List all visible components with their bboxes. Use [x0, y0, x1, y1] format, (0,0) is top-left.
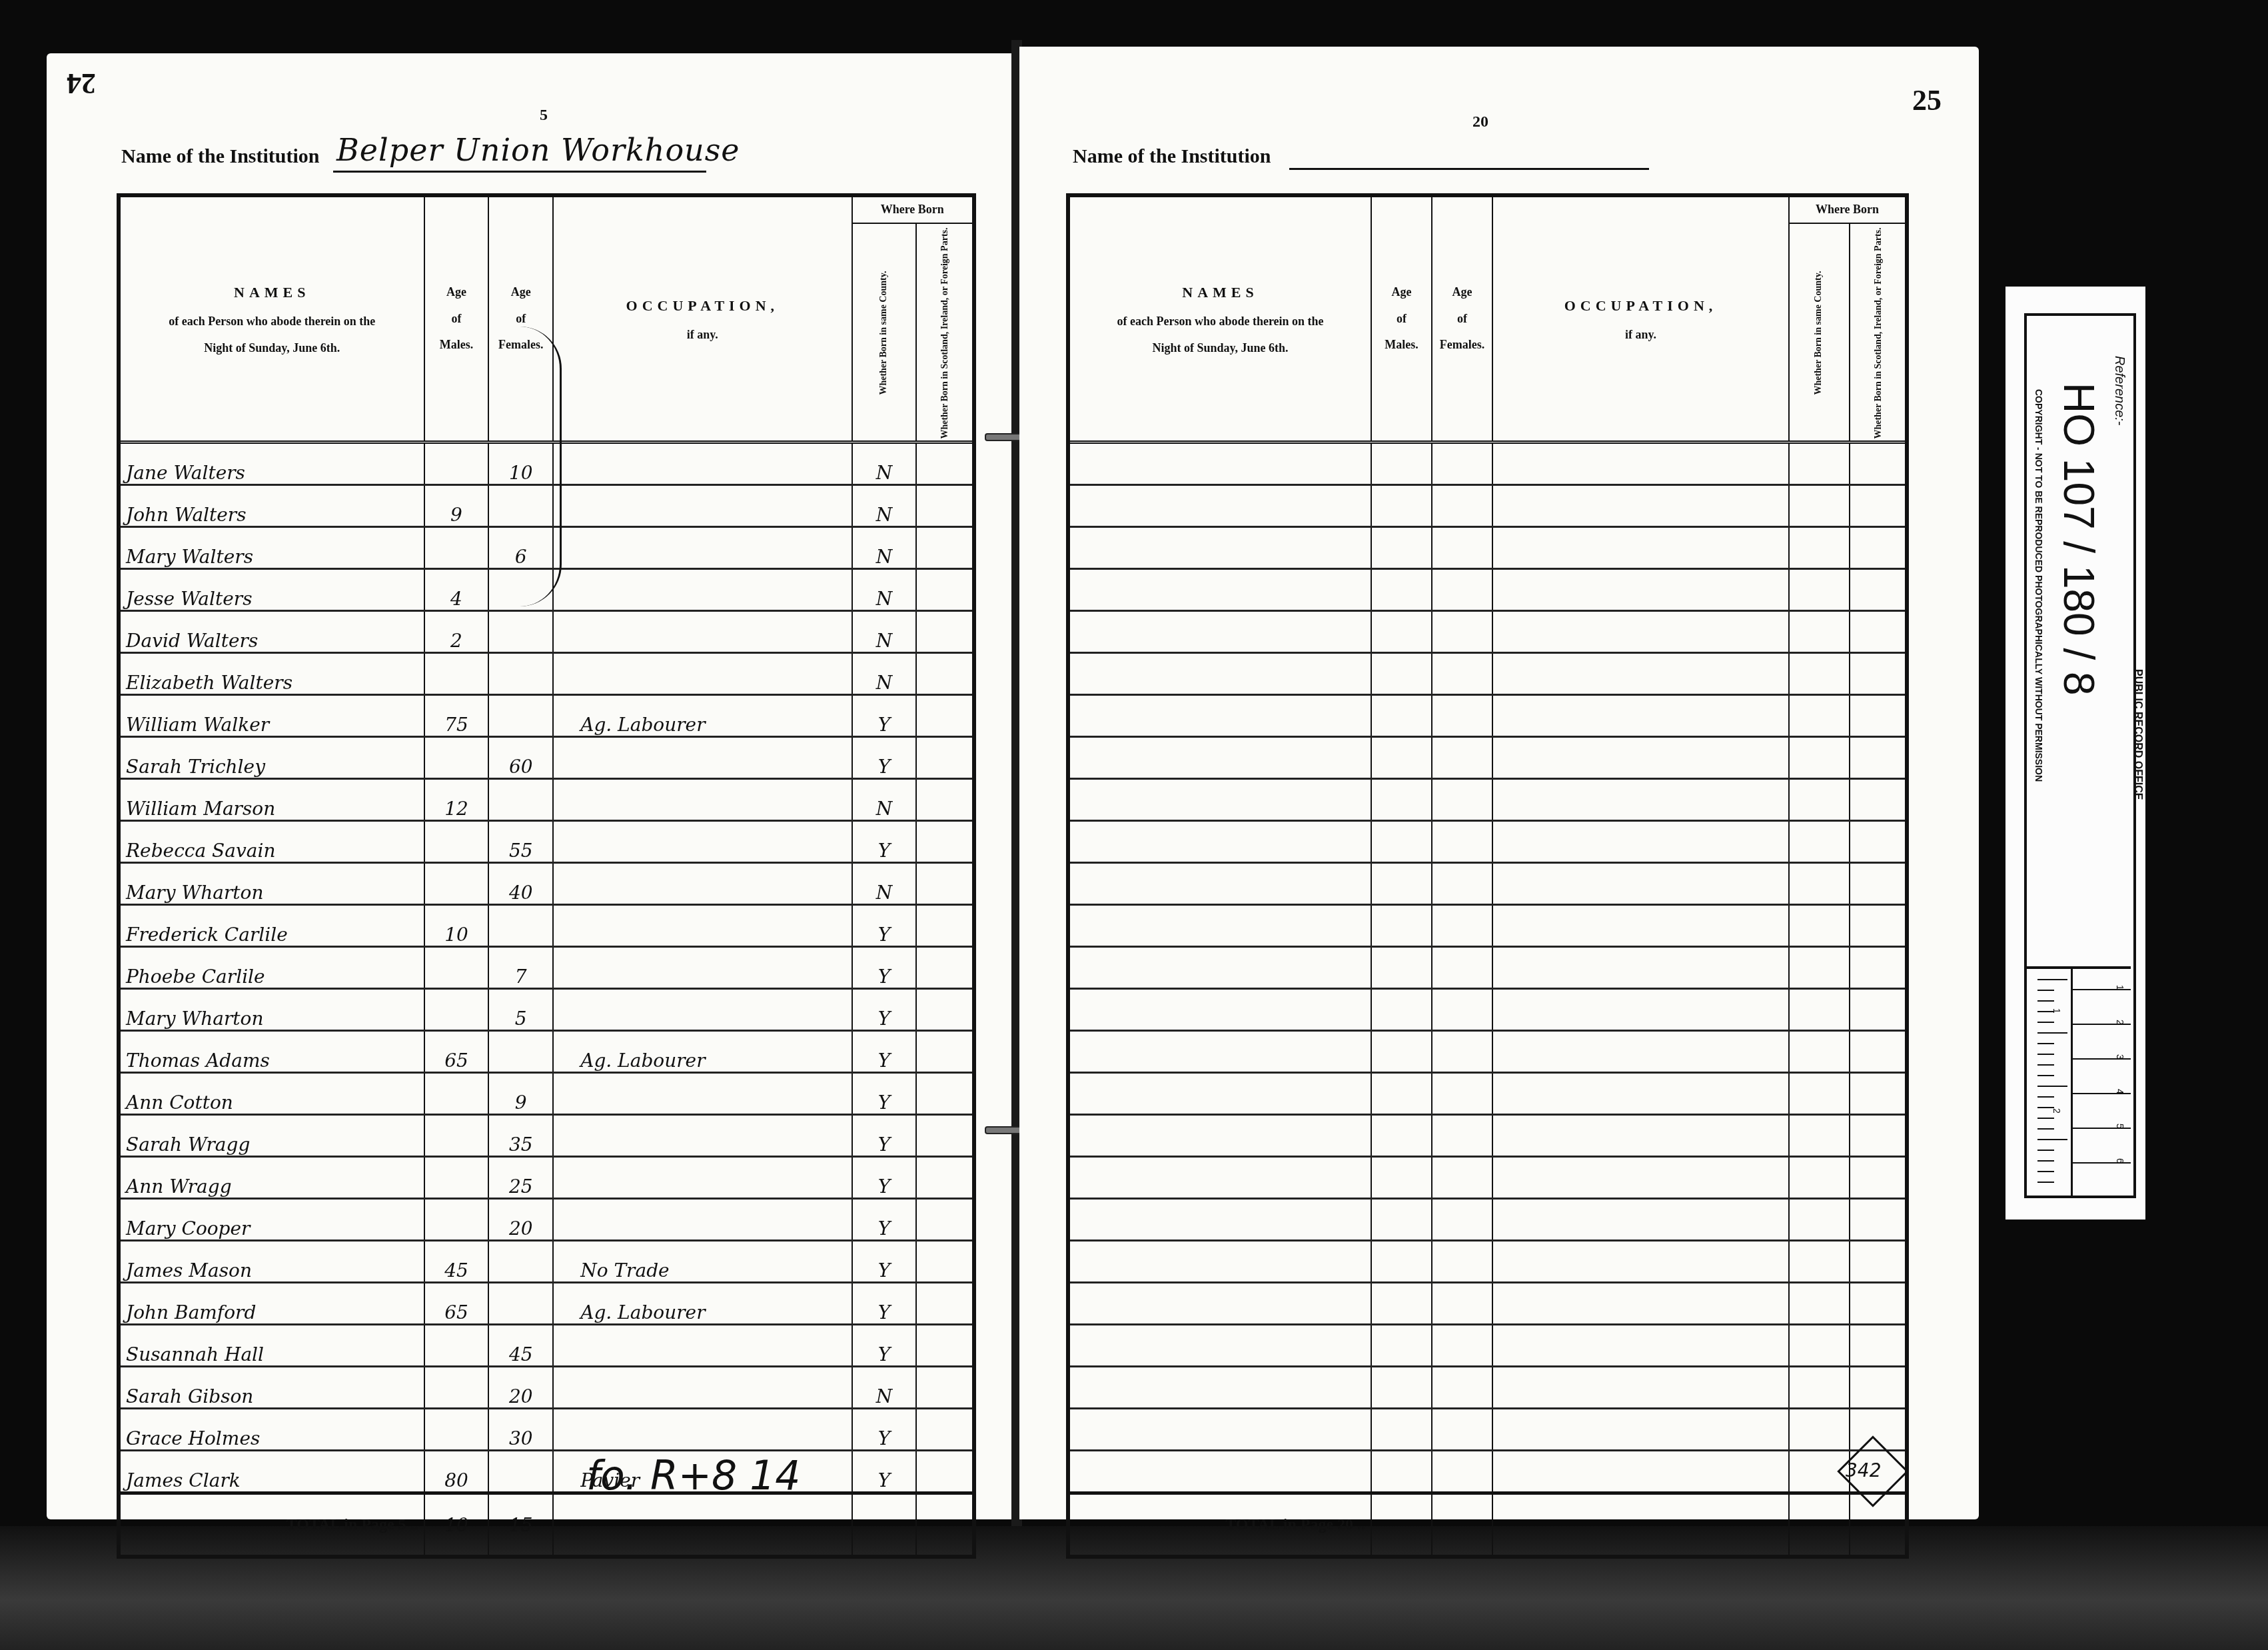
- born-elsewhere-cell: [1850, 1031, 1907, 1073]
- empty-census-row: [1068, 779, 1907, 821]
- occupation-cell: [1492, 611, 1789, 653]
- born-same-county-cell: Y: [852, 737, 917, 779]
- male-age-cell: [424, 653, 489, 695]
- ruler-tick: [2037, 990, 2054, 991]
- empty-census-row: [1068, 569, 1907, 611]
- empty-census-row: [1068, 1073, 1907, 1115]
- age-males-header: Age of Males.: [1371, 195, 1432, 442]
- empty-census-row: [1068, 653, 1907, 695]
- name-cell: [1068, 779, 1371, 821]
- census-row: Thomas Adams65Ag. LabourerY: [119, 1031, 974, 1073]
- names-sub1: of each Person who abode therein on the: [1073, 309, 1368, 335]
- left-total-females: 15: [488, 1493, 553, 1557]
- empty-census-row: [1068, 1367, 1907, 1409]
- name-cell: [1068, 1157, 1371, 1199]
- ruler-tick: [2037, 1000, 2054, 1002]
- male-age-cell: [424, 1199, 489, 1241]
- born-same-county-cell: Y: [852, 1157, 917, 1199]
- name-cell: [1068, 1451, 1371, 1493]
- male-age-cell: [1371, 1115, 1432, 1157]
- male-age-cell: [1371, 442, 1432, 485]
- occupation-cell: [1492, 1073, 1789, 1115]
- male-age-cell: [1371, 695, 1432, 737]
- name-cell: Sarah Wragg: [119, 1115, 424, 1157]
- occupation-cell: [553, 947, 851, 989]
- ruler-line: [2073, 1162, 2131, 1164]
- family-bracket: [520, 327, 562, 606]
- born-elsewhere-cell: [916, 737, 974, 779]
- female-age-cell: [488, 1451, 553, 1493]
- born-elsewhere-cell: [916, 821, 974, 863]
- born-elsewhere-cell: [1850, 527, 1907, 569]
- male-age-cell: [424, 821, 489, 863]
- name-cell: Rebecca Savain: [119, 821, 424, 863]
- age-males-1: Age: [428, 279, 486, 306]
- name-cell: [1068, 1115, 1371, 1157]
- right-total-elsewhere: [1850, 1493, 1907, 1557]
- born-same-county-cell: N: [852, 653, 917, 695]
- age-females-3: Females.: [1435, 332, 1489, 359]
- left-total-occupation: [553, 1493, 851, 1557]
- born-same-county-cell: Y: [852, 1115, 917, 1157]
- occupation-sub: if any.: [1496, 322, 1786, 349]
- name-cell: [1068, 1199, 1371, 1241]
- right-total-males: [1371, 1493, 1432, 1557]
- ruler-tick: [2037, 1043, 2054, 1044]
- occupation-header: OCCUPATION, if any.: [553, 195, 851, 442]
- born-elsewhere-cell: [1850, 779, 1907, 821]
- right-institution-label: Name of the Institution: [1073, 145, 1271, 168]
- born-elsewhere-cell: [916, 569, 974, 611]
- born-elsewhere-cell: [916, 779, 974, 821]
- female-age-cell: [488, 1031, 553, 1073]
- census-row: John Bamford65Ag. LabourerY: [119, 1283, 974, 1325]
- census-row: Rebecca Savain55Y: [119, 821, 974, 863]
- male-age-cell: [1371, 1325, 1432, 1367]
- female-age-cell: [1432, 1451, 1492, 1493]
- empty-census-row: [1068, 1241, 1907, 1283]
- ruler-tick: [2037, 1086, 2067, 1087]
- female-age-cell: [1432, 1409, 1492, 1451]
- right-total-occupation: [1492, 1493, 1789, 1557]
- ruler-line: [2073, 1024, 2131, 1025]
- ruler-line: [2073, 1093, 2131, 1094]
- male-age-cell: 45: [424, 1241, 489, 1283]
- public-record-office: PUBLIC RECORD OFFICE: [2131, 669, 2143, 800]
- born-same-county-cell: [1789, 527, 1850, 569]
- left-institution-label: Name of the Institution: [121, 145, 320, 168]
- name-cell: [1068, 1283, 1371, 1325]
- census-row: Sarah Gibson20N: [119, 1367, 974, 1409]
- female-age-cell: 5: [488, 989, 553, 1031]
- female-age-cell: [1432, 1367, 1492, 1409]
- name-cell: Elizabeth Walters: [119, 653, 424, 695]
- occupation-cell: [553, 905, 851, 947]
- born-elsewhere-cell: [916, 653, 974, 695]
- census-row: William Walker75Ag. LabourerY: [119, 695, 974, 737]
- name-cell: Ann Wragg: [119, 1157, 424, 1199]
- empty-census-row: [1068, 1115, 1907, 1157]
- name-cell: Mary Wharton: [119, 989, 424, 1031]
- occupation-cell: [1492, 989, 1789, 1031]
- name-cell: [1068, 653, 1371, 695]
- empty-census-row: [1068, 527, 1907, 569]
- female-age-cell: [1432, 485, 1492, 527]
- empty-census-row: [1068, 1157, 1907, 1199]
- ruler-tick: [2037, 979, 2067, 980]
- male-age-cell: [1371, 905, 1432, 947]
- name-cell: Jane Walters: [119, 442, 424, 485]
- born-elsewhere-cell: [916, 947, 974, 989]
- born-same-county-cell: [1789, 1157, 1850, 1199]
- born-elsewhere-cell: [916, 1073, 974, 1115]
- left-page-number: 5: [540, 107, 548, 125]
- male-age-cell: 65: [424, 1031, 489, 1073]
- born-elsewhere-cell: [916, 1115, 974, 1157]
- born-same-county-cell: Y: [852, 1325, 917, 1367]
- born-elsewhere-cell: [1850, 1157, 1907, 1199]
- female-age-cell: [1432, 695, 1492, 737]
- born-elsewhere-cell: [1850, 653, 1907, 695]
- born-same-county-cell: N: [852, 485, 917, 527]
- census-row: Susannah Hall45Y: [119, 1325, 974, 1367]
- left-total-males: 10: [424, 1493, 489, 1557]
- name-cell: Thomas Adams: [119, 1031, 424, 1073]
- male-age-cell: [1371, 1157, 1432, 1199]
- empty-census-row: [1068, 1409, 1907, 1451]
- name-cell: [1068, 1325, 1371, 1367]
- female-age-cell: [488, 695, 553, 737]
- occupation-cell: [1492, 1241, 1789, 1283]
- male-age-cell: [424, 863, 489, 905]
- name-cell: [1068, 1241, 1371, 1283]
- ruler-mark-inch: 1: [2051, 1008, 2062, 1014]
- born-elsewhere-cell: [1850, 485, 1907, 527]
- male-age-cell: [1371, 1241, 1432, 1283]
- male-age-cell: [424, 947, 489, 989]
- occupation-cell: [1492, 1283, 1789, 1325]
- right-total-same-county: [1789, 1493, 1850, 1557]
- born-same-county-cell: [1789, 1409, 1850, 1451]
- female-age-cell: [488, 611, 553, 653]
- born-elsewhere-cell: [1850, 1073, 1907, 1115]
- female-age-cell: [488, 1283, 553, 1325]
- occupation-cell: No Trade: [553, 1241, 851, 1283]
- where-born-header: Where Born: [852, 195, 974, 223]
- occupation-cell: [1492, 947, 1789, 989]
- occupation-cell: [1492, 569, 1789, 611]
- left-total-row: TOTAL in Page 5 .. 10 15: [119, 1493, 974, 1557]
- female-age-cell: [1432, 1241, 1492, 1283]
- age-males-3: Males.: [1375, 332, 1428, 359]
- born-same-county-cell: [1789, 779, 1850, 821]
- ruler-tick: [2037, 1150, 2054, 1151]
- born-same-county-cell: [1789, 947, 1850, 989]
- census-row: Grace Holmes30Y: [119, 1409, 974, 1451]
- age-females-header: Age of Females.: [1432, 195, 1492, 442]
- occupation-cell: [553, 1115, 851, 1157]
- born-elsewhere-cell: [1850, 863, 1907, 905]
- female-age-cell: [1432, 905, 1492, 947]
- left-institution-name: Belper Union Workhouse: [336, 132, 740, 168]
- name-cell: [1068, 1367, 1371, 1409]
- male-age-cell: [1371, 863, 1432, 905]
- empty-census-row: [1068, 737, 1907, 779]
- occupation-cell: [1492, 905, 1789, 947]
- born-elsewhere-cell: [916, 1451, 974, 1493]
- male-age-cell: [1371, 569, 1432, 611]
- name-cell: John Walters: [119, 485, 424, 527]
- born-elsewhere-cell: [1850, 1283, 1907, 1325]
- born-elsewhere-cell: [1850, 1199, 1907, 1241]
- born-same-county-cell: [1789, 569, 1850, 611]
- name-cell: Sarah Gibson: [119, 1367, 424, 1409]
- female-age-cell: [1432, 1115, 1492, 1157]
- born-same-county-cell: [1789, 442, 1850, 485]
- born-elsewhere-cell: [916, 1241, 974, 1283]
- male-age-cell: 2: [424, 611, 489, 653]
- occupation-cell: [1492, 485, 1789, 527]
- male-age-cell: 65: [424, 1283, 489, 1325]
- name-cell: Ann Cotton: [119, 1073, 424, 1115]
- born-elsewhere-cell: [916, 1409, 974, 1451]
- male-age-cell: [424, 442, 489, 485]
- male-age-cell: 75: [424, 695, 489, 737]
- name-cell: [1068, 1073, 1371, 1115]
- census-row: Mary Cooper20Y: [119, 1199, 974, 1241]
- born-elsewhere-cell: [1850, 569, 1907, 611]
- names-sub2: Night of Sunday, June 6th.: [1073, 335, 1368, 362]
- female-age-cell: 20: [488, 1199, 553, 1241]
- female-age-cell: [1432, 821, 1492, 863]
- name-cell: [1068, 947, 1371, 989]
- female-age-cell: [1432, 1199, 1492, 1241]
- male-age-cell: [1371, 1283, 1432, 1325]
- male-age-cell: [1371, 1367, 1432, 1409]
- age-males-2: of: [1375, 306, 1428, 333]
- male-age-cell: [1371, 989, 1432, 1031]
- female-age-cell: [1432, 1283, 1492, 1325]
- name-cell: James Clark: [119, 1451, 424, 1493]
- male-age-cell: [424, 989, 489, 1031]
- right-page-number: 20: [1472, 113, 1488, 131]
- male-age-cell: [1371, 1073, 1432, 1115]
- left-total-same-county: [852, 1493, 917, 1557]
- female-age-cell: 7: [488, 947, 553, 989]
- female-age-cell: [1432, 653, 1492, 695]
- name-cell: Susannah Hall: [119, 1325, 424, 1367]
- occupation-cell: [1492, 821, 1789, 863]
- measurement-ruler: 12345612: [2024, 966, 2131, 1196]
- census-row: James Clark80PavierY: [119, 1451, 974, 1493]
- born-elsewhere-cell: [1850, 905, 1907, 947]
- name-cell: [1068, 737, 1371, 779]
- male-age-cell: [424, 1409, 489, 1451]
- occupation-cell: [553, 1325, 851, 1367]
- name-cell: [1068, 905, 1371, 947]
- occupation-cell: [553, 737, 851, 779]
- occupation-cell: Ag. Labourer: [553, 695, 851, 737]
- born-elsewhere-cell: [916, 905, 974, 947]
- male-age-cell: [1371, 1409, 1432, 1451]
- born-elsewhere-cell: [1850, 737, 1907, 779]
- born-same-county-cell: N: [852, 863, 917, 905]
- born-elsewhere-cell: [916, 1031, 974, 1073]
- born-same-county-cell: [1789, 1115, 1850, 1157]
- where-born-header: Where Born: [1789, 195, 1907, 223]
- age-males-header: Age of Males.: [424, 195, 489, 442]
- empty-census-row: [1068, 611, 1907, 653]
- name-cell: Frederick Carlile: [119, 905, 424, 947]
- female-age-cell: [1432, 1073, 1492, 1115]
- female-age-cell: [1432, 989, 1492, 1031]
- ruler-line: [2073, 1128, 2131, 1129]
- born-elsewhere-cell: [916, 527, 974, 569]
- female-age-cell: 20: [488, 1367, 553, 1409]
- name-cell: [1068, 1031, 1371, 1073]
- occupation-title: OCCUPATION,: [556, 290, 848, 322]
- census-row: David Walters2N: [119, 611, 974, 653]
- ruler-tick: [2037, 1096, 2054, 1098]
- male-age-cell: [424, 1325, 489, 1367]
- census-row: Ann Cotton9Y: [119, 1073, 974, 1115]
- right-folio-number: 25: [1912, 83, 1942, 117]
- names-title: NAMES: [123, 277, 421, 309]
- name-cell: [1068, 989, 1371, 1031]
- right-total-females: [1432, 1493, 1492, 1557]
- empty-census-row: [1068, 485, 1907, 527]
- occupation-cell: [553, 1409, 851, 1451]
- male-age-cell: [1371, 1031, 1432, 1073]
- occupation-cell: [553, 863, 851, 905]
- names-title: NAMES: [1073, 277, 1368, 309]
- occupation-cell: Ag. Labourer: [553, 1031, 851, 1073]
- occupation-cell: [553, 442, 851, 485]
- reference-prefix: Reference:-: [2111, 356, 2127, 426]
- occupation-cell: [1492, 1115, 1789, 1157]
- occupation-cell: Ag. Labourer: [553, 1283, 851, 1325]
- female-age-cell: [1432, 1157, 1492, 1199]
- female-age-cell: [488, 905, 553, 947]
- born-elsewhere-cell: [916, 863, 974, 905]
- name-cell: Sarah Trichley: [119, 737, 424, 779]
- born-same-county-cell: Y: [852, 695, 917, 737]
- occupation-cell: [1492, 1199, 1789, 1241]
- name-cell: Phoebe Carlile: [119, 947, 424, 989]
- born-elsewhere-cell: [916, 1367, 974, 1409]
- born-same-county-cell: [1789, 611, 1850, 653]
- name-cell: [1068, 442, 1371, 485]
- male-age-cell: [1371, 821, 1432, 863]
- left-total-elsewhere: [916, 1493, 974, 1557]
- empty-census-row: [1068, 821, 1907, 863]
- female-age-cell: [1432, 863, 1492, 905]
- male-age-cell: [1371, 737, 1432, 779]
- born-same-county-cell: N: [852, 442, 917, 485]
- born-elsewhere-cell: [1850, 1325, 1907, 1367]
- born-same-county-cell: N: [852, 527, 917, 569]
- born-elsewhere-cell: [1850, 1241, 1907, 1283]
- born-elsewhere-cell: [916, 695, 974, 737]
- born-same-county-cell: N: [852, 1367, 917, 1409]
- name-cell: [1068, 1409, 1371, 1451]
- ruler-tick: [2037, 1128, 2054, 1130]
- name-cell: Mary Walters: [119, 527, 424, 569]
- occupation-sub: if any.: [556, 322, 848, 349]
- female-age-cell: [488, 779, 553, 821]
- ruler-tick: [2037, 1064, 2054, 1066]
- female-age-cell: [1432, 779, 1492, 821]
- name-cell: James Mason: [119, 1241, 424, 1283]
- female-age-cell: [1432, 611, 1492, 653]
- occupation-cell: [553, 527, 851, 569]
- reference-label: Reference:- HO 107 / 180 / 8 PUBLIC RECO…: [2005, 287, 2145, 1220]
- female-age-cell: 40: [488, 863, 553, 905]
- names-header: NAMES of each Person who abode therein o…: [119, 195, 424, 442]
- female-age-cell: 55: [488, 821, 553, 863]
- name-cell: [1068, 695, 1371, 737]
- age-females-1: Age: [1435, 279, 1489, 306]
- empty-census-row: [1068, 442, 1907, 485]
- male-age-cell: 80: [424, 1451, 489, 1493]
- empty-census-row: [1068, 1031, 1907, 1073]
- born-same-county-cell: [1789, 821, 1850, 863]
- born-elsewhere-header: Whether Born in Scotland, Ireland, or Fo…: [1850, 223, 1907, 442]
- born-same-county-cell: [1789, 1367, 1850, 1409]
- empty-census-row: [1068, 1325, 1907, 1367]
- male-age-cell: [1371, 485, 1432, 527]
- born-same-county-header: Whether Born in same County.: [1789, 223, 1850, 442]
- right-rows: [1068, 442, 1907, 1493]
- born-elsewhere-cell: [916, 1325, 974, 1367]
- female-age-cell: 30: [488, 1409, 553, 1451]
- born-elsewhere-cell: [1850, 442, 1907, 485]
- census-row: Mary Wharton5Y: [119, 989, 974, 1031]
- born-same-county-cell: [1789, 905, 1850, 947]
- male-age-cell: [1371, 779, 1432, 821]
- ruler-tick: [2037, 1182, 2054, 1183]
- born-elsewhere-cell: [916, 611, 974, 653]
- born-elsewhere-header: Whether Born in Scotland, Ireland, or Fo…: [916, 223, 974, 442]
- census-row: Ann Wragg25Y: [119, 1157, 974, 1199]
- female-age-cell: 35: [488, 1115, 553, 1157]
- female-age-cell: 45: [488, 1325, 553, 1367]
- copyright-notice: COPYRIGHT - NOT TO BE REPRODUCED PHOTOGR…: [2033, 389, 2044, 782]
- occupation-cell: [1492, 1409, 1789, 1451]
- name-cell: [1068, 527, 1371, 569]
- female-age-cell: [1432, 527, 1492, 569]
- born-same-county-cell: N: [852, 569, 917, 611]
- occupation-cell: [1492, 653, 1789, 695]
- born-same-county-cell: Y: [852, 1199, 917, 1241]
- ruler-tick: [2037, 1139, 2067, 1140]
- male-age-cell: [424, 1367, 489, 1409]
- born-same-county-cell: [1789, 653, 1850, 695]
- born-same-county-cell: Y: [852, 989, 917, 1031]
- male-age-cell: 12: [424, 779, 489, 821]
- age-males-1: Age: [1375, 279, 1428, 306]
- male-age-cell: [1371, 1451, 1432, 1493]
- empty-census-row: [1068, 695, 1907, 737]
- born-same-county-cell: Y: [852, 1451, 917, 1493]
- female-age-cell: 25: [488, 1157, 553, 1199]
- names-sub2: Night of Sunday, June 6th.: [123, 335, 421, 362]
- ruler-line: [2073, 989, 2131, 990]
- born-same-county-cell: Y: [852, 1409, 917, 1451]
- female-age-cell: [1432, 569, 1492, 611]
- name-cell: [1068, 569, 1371, 611]
- born-elsewhere-cell: [1850, 695, 1907, 737]
